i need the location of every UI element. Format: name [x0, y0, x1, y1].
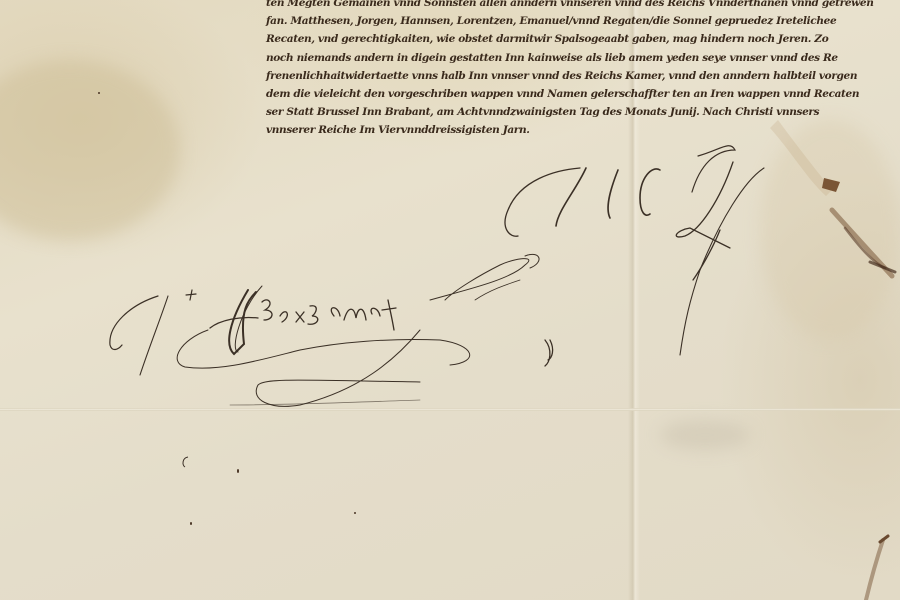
parchment-document: ten Megten Gemainen vnnd Sonnsten allen …	[0, 0, 900, 600]
stray-ink-mark	[0, 0, 900, 600]
